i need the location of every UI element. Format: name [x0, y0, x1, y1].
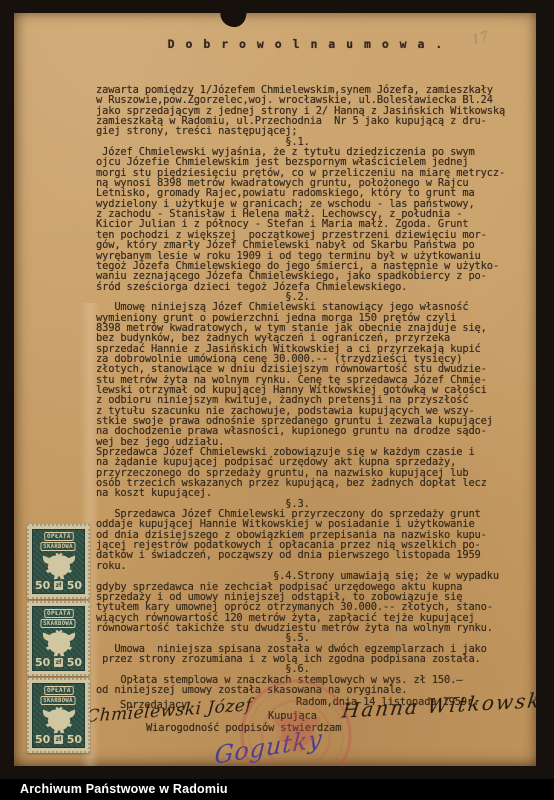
stamp-eagle-icon: [41, 706, 77, 734]
stamp-value-right: 50: [67, 579, 82, 592]
stamp-currency: zł: [54, 658, 64, 667]
archive-caption: Archiwum Państwowe w Radomiu: [20, 782, 228, 796]
paper-tear: [219, 13, 246, 28]
stamp-value-right: 50: [67, 656, 82, 669]
stamp-title-line1: OPŁATA: [44, 609, 73, 618]
stamp-title-line2: SKARBOWA: [41, 542, 76, 551]
document-body-text: zawarta pomiędzy 1/Józefem Chmielewskim,…: [96, 85, 505, 695]
buyer-label: Kupująca: [268, 710, 317, 722]
stamp-eagle-icon: [41, 629, 77, 657]
document-sheet: D o b r o w o l n a u m o w a . 17 zawar…: [14, 13, 536, 766]
stamp-title-line1: OPŁATA: [44, 532, 73, 541]
stamp-currency: zł: [54, 581, 64, 590]
stamp-title-line1: OPŁATA: [44, 686, 73, 695]
document-title: D o b r o w o l n a u m o w a .: [96, 37, 516, 51]
revenue-stamp-2: OPŁATA SKARBOWA 50 zł 50: [27, 601, 90, 676]
stamp-eagle-icon: [41, 552, 77, 580]
stamp-value-left: 50: [35, 733, 50, 746]
revenue-stamp-1: OPŁATA SKARBOWA 50 zł 50: [27, 524, 90, 599]
stamp-currency: zł: [54, 735, 64, 744]
revenue-stamp-3: OPŁATA SKARBOWA 50 zł 50: [27, 678, 90, 753]
archival-scan: D o b r o w o l n a u m o w a . 17 zawar…: [0, 0, 554, 800]
stamp-value-left: 50: [35, 656, 50, 669]
stamp-value-left: 50: [35, 579, 50, 592]
archive-caption-bar: Archiwum Państwowe w Radomiu: [0, 779, 554, 800]
stamp-value-right: 50: [67, 733, 82, 746]
stamp-title-line2: SKARBOWA: [41, 619, 76, 628]
stamp-title-line2: SKARBOWA: [41, 696, 76, 705]
